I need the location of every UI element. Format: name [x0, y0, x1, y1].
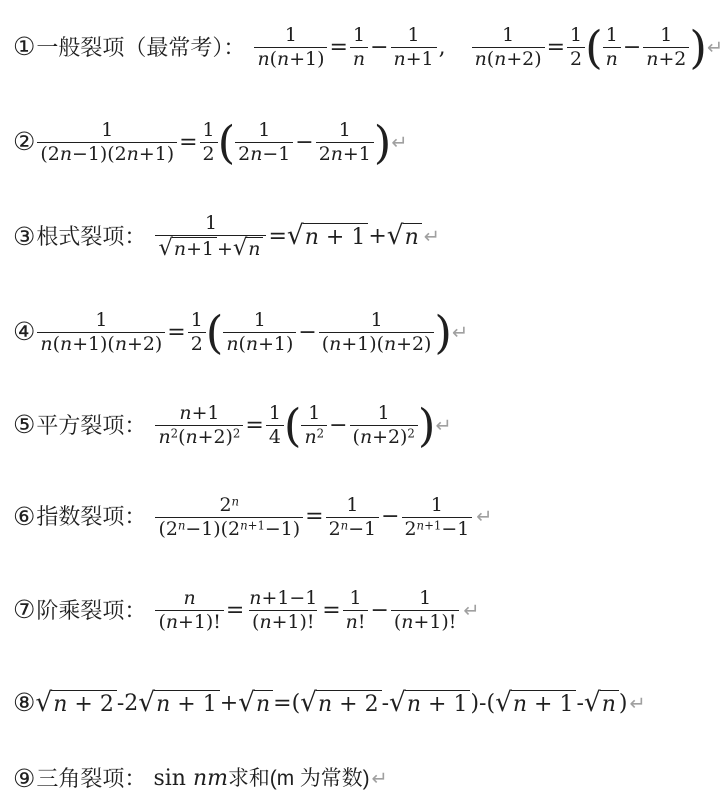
fraction: 12n−1: [235, 120, 293, 165]
fraction: 1n: [350, 25, 368, 70]
paragraph-mark-icon: ↵: [391, 133, 407, 152]
numerator: 1: [336, 120, 354, 142]
paragraph-mark-icon: ↵: [476, 507, 492, 526]
math-text: (n+1)!: [394, 611, 456, 633]
spacer: [446, 47, 470, 48]
superscript: n+1: [240, 518, 265, 532]
numerator: 1: [92, 310, 110, 332]
numerator: 1: [405, 25, 423, 47]
math-text: =: [179, 131, 197, 154]
fraction: 2n(2n−1)(2n+1−1): [155, 495, 303, 540]
math-text: −1: [348, 518, 376, 540]
fraction: 12: [200, 120, 218, 165]
denominator: (2n−1)(2n+1−1): [155, 517, 303, 540]
square-root: √n + 1: [287, 223, 368, 250]
superscript: n: [232, 494, 240, 508]
fraction: 12n−1: [326, 495, 379, 540]
item-title: 根式裂项：: [36, 226, 146, 248]
formula: 2n(2n−1)(2n+1−1)=12n−1−12n+1−1↵: [153, 495, 492, 540]
formula-line: ④1n(n+1)(n+2)=12(1n(n+1)−1(n+1)(n+2))↵: [13, 284, 720, 381]
math-text: n: [602, 692, 616, 717]
denominator: n2(n+2)2: [155, 425, 243, 448]
numerator: 1: [98, 120, 116, 142]
numerator: 1: [350, 25, 368, 47]
numerator: 1: [266, 403, 284, 425]
radical-sign-icon: √: [387, 225, 403, 247]
numerator: 1: [428, 495, 446, 517]
fraction: 1n!: [343, 588, 369, 633]
math-text: 4: [269, 426, 281, 448]
fraction: n+1n2(n+2)2: [155, 403, 243, 448]
item-number: ③: [13, 225, 35, 250]
radical-sign-icon: √: [495, 692, 511, 714]
numerator: 1: [416, 588, 434, 610]
formula: sin nm求和(m 为常数)↵: [153, 767, 387, 790]
square-root: √n: [238, 690, 273, 717]
math-text: −: [298, 321, 316, 344]
math-text: n+1: [394, 48, 434, 70]
math-text: n+1−1: [249, 587, 317, 609]
formula-line: ⑧√n + 2-2√n + 1+√n=(√n + 2-√n + 1)-(√n +…: [13, 657, 720, 750]
math-text: =: [329, 36, 347, 59]
formula: 1n(n+1)(n+2)=12(1n(n+1)−1(n+1)(n+2))↵: [35, 310, 468, 355]
radicand: n: [600, 690, 619, 717]
radicand: n + 2: [316, 690, 382, 717]
paragraph-mark-icon: ↵: [424, 227, 440, 246]
numerator: 1: [368, 310, 386, 332]
math-text: n: [606, 48, 618, 70]
math-text: n + 1: [156, 692, 217, 717]
denominator: n+2: [643, 47, 689, 70]
radicand: n + 1: [405, 690, 471, 717]
math-text: +: [220, 692, 238, 715]
math-text: -: [576, 692, 583, 715]
radicand: n: [403, 223, 422, 250]
numerator: n+1−1: [246, 588, 320, 610]
item-number: ②: [13, 130, 35, 155]
math-text: 1: [408, 24, 420, 46]
math-text: −: [381, 505, 399, 528]
square-root: √n + 1: [495, 690, 576, 717]
formula-line: ②1(2n−1)(2n+1)=12(12n−1−12n+1)↵: [13, 95, 720, 190]
radical-sign-icon: √: [389, 692, 405, 714]
math-text: 1: [254, 309, 266, 331]
denominator: n: [603, 47, 621, 70]
math-text: =: [268, 225, 286, 248]
fraction: 1n+1: [391, 25, 437, 70]
math-text: n + 1: [513, 692, 574, 717]
math-text: 2n−1: [238, 143, 290, 165]
denominator: n: [350, 47, 368, 70]
fraction: 14: [266, 403, 284, 448]
math-text: n+1: [174, 238, 214, 260]
square-root: √n + 2: [35, 690, 116, 717]
radical-sign-icon: √: [238, 692, 254, 714]
item-title: 平方裂项：: [36, 415, 146, 437]
math-text: (2n−1)(2n+1): [40, 143, 174, 165]
math-text: =: [305, 505, 323, 528]
numerator: 1: [375, 403, 393, 425]
math-text: n(n+1)(n+2): [40, 333, 162, 355]
math-text: )-(: [470, 692, 495, 715]
numerator: 1: [603, 25, 621, 47]
item-title: 阶乘裂项：: [36, 600, 146, 622]
denominator: √n+1+√n: [155, 235, 266, 261]
math-text: (n+2): [353, 426, 408, 448]
math-text: n: [353, 48, 365, 70]
fraction: 1(n+1)!: [391, 588, 459, 633]
superscript: 2: [317, 427, 324, 441]
numerator: 2n: [217, 495, 243, 517]
math-text: 1: [606, 24, 618, 46]
math-text: 1: [371, 309, 383, 331]
math-text: 1: [419, 587, 431, 609]
numerator: 1: [499, 25, 517, 47]
fraction: 12n+1: [316, 120, 374, 165]
radicand: n + 1: [154, 690, 220, 717]
math-text: 1: [203, 119, 215, 141]
square-root: √n + 1: [138, 690, 219, 717]
math-text: 1: [346, 494, 358, 516]
numerator: 1: [251, 310, 269, 332]
math-text: n + 1: [305, 225, 366, 250]
fraction: 1(2n−1)(2n+1): [37, 120, 177, 165]
math-text: =: [322, 599, 340, 622]
denominator: 4: [266, 425, 284, 448]
paragraph-mark-icon: ↵: [463, 601, 479, 620]
fraction: 1(n+1)(n+2): [319, 310, 435, 355]
numerator: n: [181, 588, 199, 610]
math-text: −1: [441, 518, 469, 540]
math-text: 1: [570, 24, 582, 46]
fraction: n+1−1(n+1)!: [246, 588, 320, 633]
square-root: √n + 2: [300, 690, 381, 717]
superscript: 2: [171, 427, 178, 441]
fraction: 12: [567, 25, 585, 70]
fraction: 1n(n+1)(n+2): [37, 310, 165, 355]
math-text: n+1: [417, 518, 442, 532]
math-text: 2: [203, 143, 215, 165]
math-text: 2: [570, 48, 582, 70]
formula-line: ⑦阶乘裂项：n(n+1)!=n+1−1(n+1)!=1n!−1(n+1)!↵: [13, 564, 720, 657]
math-text: n: [405, 225, 419, 250]
item-title: 三角裂项：: [36, 768, 146, 790]
math-text: ): [619, 692, 628, 715]
item-title: 一般裂项（最常考）：: [36, 37, 245, 59]
denominator: n(n+1)(n+2): [37, 332, 165, 355]
math-text: 2: [329, 518, 341, 540]
math-text: nm: [193, 767, 228, 790]
math-text: 1: [502, 24, 514, 46]
numerator: n+1: [176, 403, 222, 425]
math-text: n!: [346, 611, 366, 633]
math-text: 1: [258, 119, 270, 141]
denominator: n(n+1): [223, 332, 296, 355]
denominator: n(n+1): [254, 47, 327, 70]
formula-line: ①一般裂项（最常考）：1n(n+1)=1n−1n+1,1n(n+2)=12(1n…: [13, 0, 720, 95]
math-text: n+1: [179, 402, 219, 424]
item-number: ⑨: [13, 767, 35, 792]
math-text: −: [329, 414, 347, 437]
math-text: n + 2: [318, 692, 379, 717]
fraction: 1√n+1+√n: [155, 213, 266, 261]
denominator: 2n+1−1: [402, 517, 473, 540]
numerator: 1: [343, 495, 361, 517]
math-text: -: [382, 692, 389, 715]
math-text: n + 1: [407, 692, 468, 717]
item-number: ⑦: [13, 598, 35, 623]
numerator: 1: [567, 25, 585, 47]
radical-sign-icon: √: [300, 692, 316, 714]
fraction: 1n2: [301, 403, 327, 448]
math-text: n: [158, 426, 170, 448]
math-text: 1: [269, 402, 281, 424]
radical-sign-icon: √: [35, 692, 51, 714]
radical-sign-icon: √: [287, 225, 303, 247]
denominator: (n+2)2: [350, 425, 418, 448]
square-root: √n: [584, 690, 619, 717]
numerator: 1: [657, 25, 675, 47]
denominator: 2n−1: [326, 517, 379, 540]
math-text: =: [226, 599, 244, 622]
denominator: 2: [567, 47, 585, 70]
math-text: 1: [191, 309, 203, 331]
math-text: (n+1)!: [252, 611, 314, 633]
math-text: =(: [273, 692, 300, 715]
paragraph-mark-icon: ↵: [630, 694, 646, 713]
superscript: 2: [407, 427, 414, 441]
paragraph-mark-icon: ↵: [452, 323, 468, 342]
math-text: +: [217, 238, 233, 260]
item-number: ⑥: [13, 505, 35, 530]
math-text: −: [370, 599, 388, 622]
fraction: 1n+2: [643, 25, 689, 70]
item-number: ①: [13, 35, 35, 60]
math-text: n+1: [240, 518, 265, 532]
math-text: (n+1)(n+2): [322, 333, 432, 355]
item-number: ⑤: [13, 413, 35, 438]
radicand: n + 2: [51, 690, 117, 717]
math-text: n: [232, 494, 240, 508]
paragraph-mark-icon: ↵: [707, 38, 720, 57]
formula: 1(2n−1)(2n+1)=12(12n−1−12n+1)↵: [35, 120, 407, 165]
math-text: 2: [233, 427, 240, 441]
math-text: 2: [317, 427, 324, 441]
math-text: =: [167, 321, 185, 344]
formula-line: ⑤平方裂项：n+1n2(n+2)2=14(1n2−1(n+2)2)↵: [13, 381, 720, 470]
math-text: 1: [350, 587, 362, 609]
numerator: 1: [347, 588, 365, 610]
radicand: n: [254, 690, 273, 717]
radicand: n: [246, 237, 263, 261]
math-text: −: [623, 36, 641, 59]
fraction: 1(n+2)2: [350, 403, 418, 448]
math-text: 1: [95, 309, 107, 331]
math-text: 1: [339, 119, 351, 141]
fraction: 12n+1−1: [402, 495, 473, 540]
item-number: ⑧: [13, 691, 35, 716]
math-text: −1)(2: [185, 518, 240, 540]
formula-line: ⑥指数裂项：2n(2n−1)(2n+1−1)=12n−1−12n+1−1↵: [13, 470, 720, 564]
superscript: 2: [233, 427, 240, 441]
math-text: 2: [191, 333, 203, 355]
math-text: −1): [265, 518, 300, 540]
denominator: (n+1)!: [391, 610, 459, 633]
denominator: n2: [301, 425, 327, 448]
math-text: n: [248, 238, 260, 260]
math-text: 1: [285, 24, 297, 46]
denominator: 2: [200, 142, 218, 165]
math-text: −: [295, 131, 313, 154]
fraction: 1n: [603, 25, 621, 70]
formula: n+1n2(n+2)2=14(1n2−1(n+2)2)↵: [153, 403, 451, 448]
math-text: 1: [660, 24, 672, 46]
math-text: n: [304, 426, 316, 448]
paragraph-mark-icon: ↵: [435, 416, 451, 435]
denominator: 2n−1: [235, 142, 293, 165]
superscript: n+1: [417, 518, 442, 532]
math-text: 1: [378, 402, 390, 424]
math-text: 1: [353, 24, 365, 46]
math-text: 2: [220, 494, 232, 516]
denominator: n+1: [391, 47, 437, 70]
denominator: n(n+2): [472, 47, 545, 70]
math-text: +: [368, 225, 386, 248]
numerator: 1: [200, 120, 218, 142]
denominator: (n+1)!: [249, 610, 317, 633]
math-text: n+2: [646, 48, 686, 70]
radicand: n+1: [172, 237, 217, 261]
square-root: √n: [387, 223, 422, 250]
radical-sign-icon: √: [584, 692, 600, 714]
fraction: 1n(n+1): [223, 310, 296, 355]
math-text: (n+1)!: [158, 611, 220, 633]
denominator: (n+1)!: [155, 610, 223, 633]
denominator: (2n−1)(2n+1): [37, 142, 177, 165]
numerator: 1: [202, 213, 220, 235]
math-text: 1: [205, 212, 217, 234]
fraction: n(n+1)!: [155, 588, 223, 633]
radicand: n + 1: [303, 223, 369, 250]
math-text: −: [370, 36, 388, 59]
formula: n(n+1)!=n+1−1(n+1)!=1n!−1(n+1)!↵: [153, 588, 479, 633]
math-text: 2: [171, 427, 178, 441]
radicand: n + 1: [511, 690, 577, 717]
numerator: 1: [282, 25, 300, 47]
document: ①一般裂项（最常考）：1n(n+1)=1n−1n+1,1n(n+2)=12(1n…: [0, 0, 720, 808]
math-text: n: [256, 692, 270, 717]
radical-sign-icon: √: [138, 692, 154, 714]
plain-text: sin: [153, 767, 193, 790]
math-text: n(n+1): [226, 333, 293, 355]
fraction: 12: [188, 310, 206, 355]
square-root: √n: [233, 237, 264, 261]
math-text: 2n+1: [319, 143, 371, 165]
formula-line: ⑨三角裂项：sin nm求和(m 为常数)↵: [13, 750, 720, 808]
math-text: ,: [439, 36, 446, 59]
math-text: =: [547, 36, 565, 59]
denominator: 2n+1: [316, 142, 374, 165]
math-text: 1: [101, 119, 113, 141]
formula: 1√n+1+√n=√n + 1+√n↵: [153, 213, 440, 261]
formula: √n + 2-2√n + 1+√n=(√n + 2-√n + 1)-(√n + …: [35, 690, 645, 717]
math-text: n + 2: [53, 692, 114, 717]
math-text: (n+2): [178, 426, 233, 448]
math-text: =: [245, 414, 263, 437]
item-number: ④: [13, 320, 35, 345]
item-title: 指数裂项：: [36, 506, 146, 528]
denominator: (n+1)(n+2): [319, 332, 435, 355]
math-text: 2: [407, 427, 414, 441]
formula: 1n(n+1)=1n−1n+1,1n(n+2)=12(1n−1n+2)↵: [252, 25, 720, 70]
radical-sign-icon: √: [233, 239, 246, 258]
fraction: 1n(n+2): [472, 25, 545, 70]
math-text: n: [184, 587, 196, 609]
denominator: n!: [343, 610, 369, 633]
math-text: n(n+1): [257, 48, 324, 70]
math-text: 2: [405, 518, 417, 540]
square-root: √n+1: [158, 237, 217, 261]
denominator: 2: [188, 332, 206, 355]
numerator: 1: [305, 403, 323, 425]
math-text: (2: [158, 518, 177, 540]
fraction: 1n(n+1): [254, 25, 327, 70]
math-text: -2: [117, 692, 138, 715]
numerator: 1: [255, 120, 273, 142]
math-text: 1: [431, 494, 443, 516]
formula-line: ③根式裂项：1√n+1+√n=√n + 1+√n↵: [13, 190, 720, 284]
math-text: n(n+2): [475, 48, 542, 70]
square-root: √n + 1: [389, 690, 470, 717]
paragraph-mark-icon: ↵: [372, 769, 388, 788]
numerator: 1: [188, 310, 206, 332]
plain-text: 求和(m 为常数): [228, 768, 370, 790]
radical-sign-icon: √: [158, 239, 171, 258]
math-text: 1: [308, 402, 320, 424]
